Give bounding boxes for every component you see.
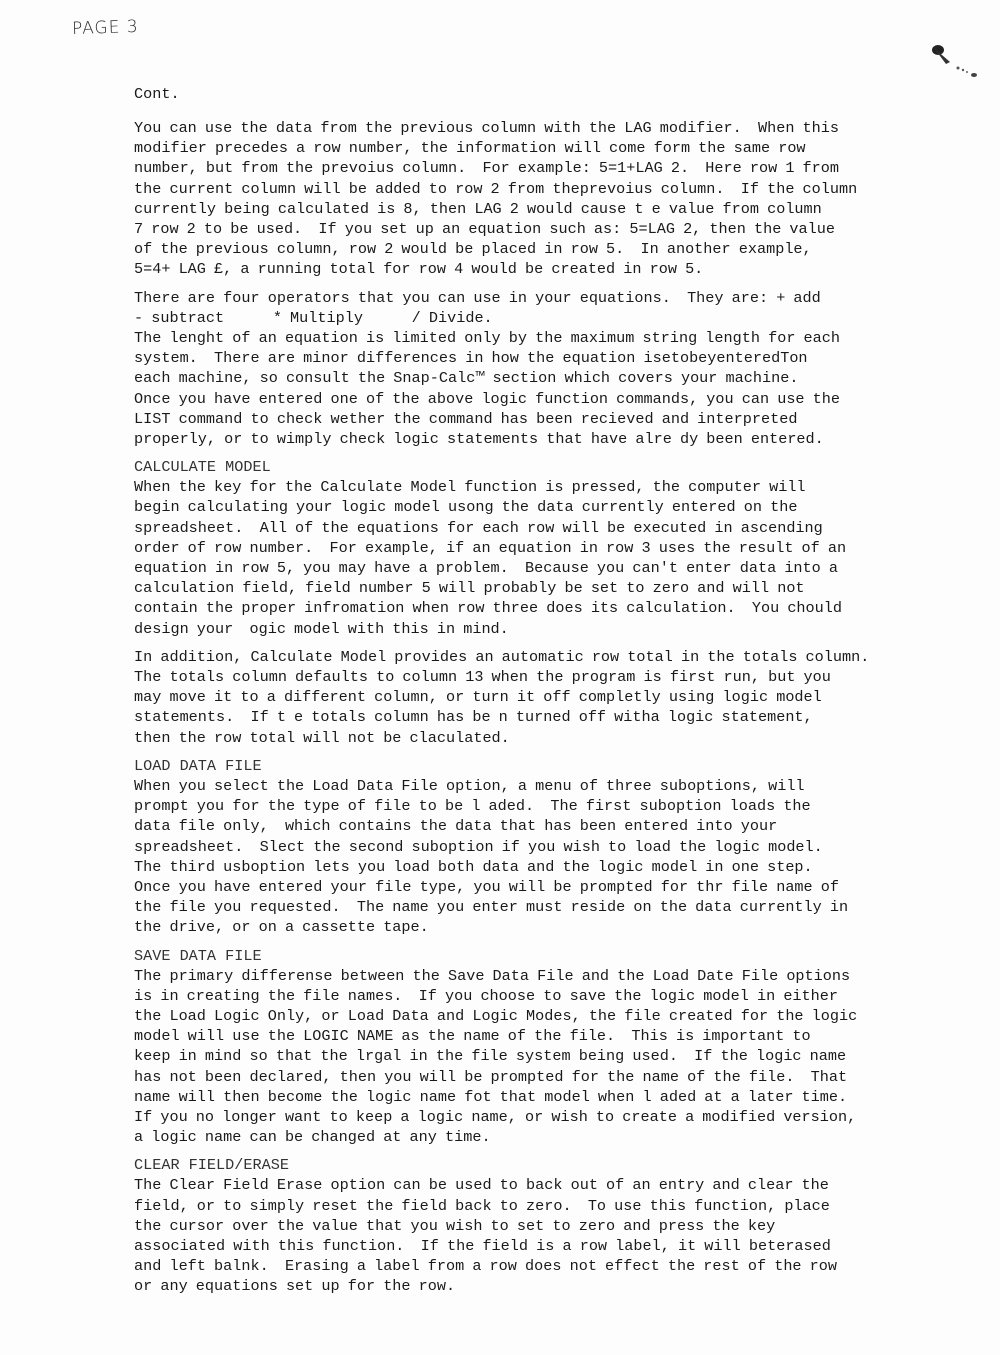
text-line: You can use the data from the previous c… <box>134 118 974 138</box>
sections-container: CALCULATE MODELWhen the key for the Calc… <box>134 457 974 1296</box>
text-line: may move it to a different column, or tu… <box>134 687 974 707</box>
section-paragraph: In addition, Calculate Model provides an… <box>134 647 974 748</box>
section-save-data-file: SAVE DATA FILEThe primary differense bet… <box>134 946 974 1148</box>
text-line: calculation field, field number 5 will p… <box>134 578 974 598</box>
text-line: the drive, or on a cassette tape. <box>134 917 974 937</box>
section-paragraph: The primary differense between the Save … <box>134 966 974 1148</box>
page-number-label: PAGE 3 <box>72 17 139 39</box>
section-calculate-model: CALCULATE MODELWhen the key for the Calc… <box>134 457 974 748</box>
text-line: The Clear Field Erase option can be used… <box>134 1175 974 1195</box>
text-line: the current column will be added to row … <box>134 179 974 199</box>
text-line: name will then become the logic name fot… <box>134 1087 974 1107</box>
text-line: When the key for the Calculate Model fun… <box>134 477 974 497</box>
text-line: properly, or to wimply check logic state… <box>134 429 974 449</box>
text-line: contain the proper infromation when row … <box>134 598 974 618</box>
text-line: - subtract * Multiply / Divide. <box>134 308 974 328</box>
continued-label: Cont. <box>134 84 974 104</box>
document-body: Cont. You can use the data from the prev… <box>134 84 974 1305</box>
text-line: The third usboption lets you load both d… <box>134 857 974 877</box>
section-paragraph: When you select the Load Data File optio… <box>134 776 974 938</box>
section-heading: CLEAR FIELD/ERASE <box>134 1155 974 1175</box>
section-clear-field-erase: CLEAR FIELD/ERASEThe Clear Field Erase o… <box>134 1155 974 1296</box>
text-line: model will use the LOGIC NAME as the nam… <box>134 1026 974 1046</box>
ink-blot-mark <box>928 42 1000 82</box>
text-line: The lenght of an equation is limited onl… <box>134 328 974 348</box>
section-heading: LOAD DATA FILE <box>134 756 974 776</box>
text-line: currently being calculated is 8, then LA… <box>134 199 974 219</box>
text-line: In addition, Calculate Model provides an… <box>134 647 974 667</box>
section-paragraph: When the key for the Calculate Model fun… <box>134 477 974 639</box>
intro-paragraph: There are four operators that you can us… <box>134 288 974 450</box>
text-line: data file only, which contains the data … <box>134 816 974 836</box>
text-line: spreadsheet. All of the equations for ea… <box>134 518 974 538</box>
text-line: the file you requested. The name you ent… <box>134 897 974 917</box>
text-line: prompt you for the type of file to be l … <box>134 796 974 816</box>
text-line: then the row total will not be claculate… <box>134 728 974 748</box>
text-line: order of row number. For example, if an … <box>134 538 974 558</box>
text-line: keep in mind so that the lrgal in the fi… <box>134 1046 974 1066</box>
text-line: The totals column defaults to column 13 … <box>134 667 974 687</box>
text-line: the Load Logic Only, or Load Data and Lo… <box>134 1006 974 1026</box>
text-line: system. There are minor differences in h… <box>134 348 974 368</box>
intro-section: You can use the data from the previous c… <box>134 118 974 449</box>
text-line: a logic name can be changed at any time. <box>134 1127 974 1147</box>
text-line: modifier precedes a row number, the info… <box>134 138 974 158</box>
section-load-data-file: LOAD DATA FILEWhen you select the Load D… <box>134 756 974 938</box>
text-line: begin calculating your logic model usong… <box>134 497 974 517</box>
section-paragraph: The Clear Field Erase option can be used… <box>134 1175 974 1296</box>
section-heading: SAVE DATA FILE <box>134 946 974 966</box>
text-line: or any equations set up for the row. <box>134 1276 974 1296</box>
text-line: statements. If t e totals column has be … <box>134 707 974 727</box>
text-line: If you no longer want to keep a logic na… <box>134 1107 974 1127</box>
text-line: and left balnk. Erasing a label from a r… <box>134 1256 974 1276</box>
section-heading: CALCULATE MODEL <box>134 457 974 477</box>
text-line: Once you have entered one of the above l… <box>134 389 974 409</box>
text-line: the cursor over the value that you wish … <box>134 1216 974 1236</box>
text-line: associated with this function. If the fi… <box>134 1236 974 1256</box>
text-line: field, or to simply reset the field back… <box>134 1196 974 1216</box>
text-line: Once you have entered your file type, yo… <box>134 877 974 897</box>
text-line: each machine, so consult the Snap-Calc™ … <box>134 368 974 388</box>
text-line: 7 row 2 to be used. If you set up an equ… <box>134 219 974 239</box>
text-line: has not been declared, then you will be … <box>134 1067 974 1087</box>
text-line: When you select the Load Data File optio… <box>134 776 974 796</box>
text-line: The primary differense between the Save … <box>134 966 974 986</box>
text-line: LIST command to check wether the command… <box>134 409 974 429</box>
text-line: number, but from the prevoius column. Fo… <box>134 158 974 178</box>
text-line: 5=4+ LAG £, a running total for row 4 wo… <box>134 259 974 279</box>
text-line: design your ogic model with this in mind… <box>134 619 974 639</box>
text-line: There are four operators that you can us… <box>134 288 974 308</box>
text-line: equation in row 5, you may have a proble… <box>134 558 974 578</box>
text-line: is in creating the file names. If you ch… <box>134 986 974 1006</box>
text-line: of the previous column, row 2 would be p… <box>134 239 974 259</box>
intro-paragraph: You can use the data from the previous c… <box>134 118 974 280</box>
text-line: spreadsheet. Slect the second suboption … <box>134 837 974 857</box>
